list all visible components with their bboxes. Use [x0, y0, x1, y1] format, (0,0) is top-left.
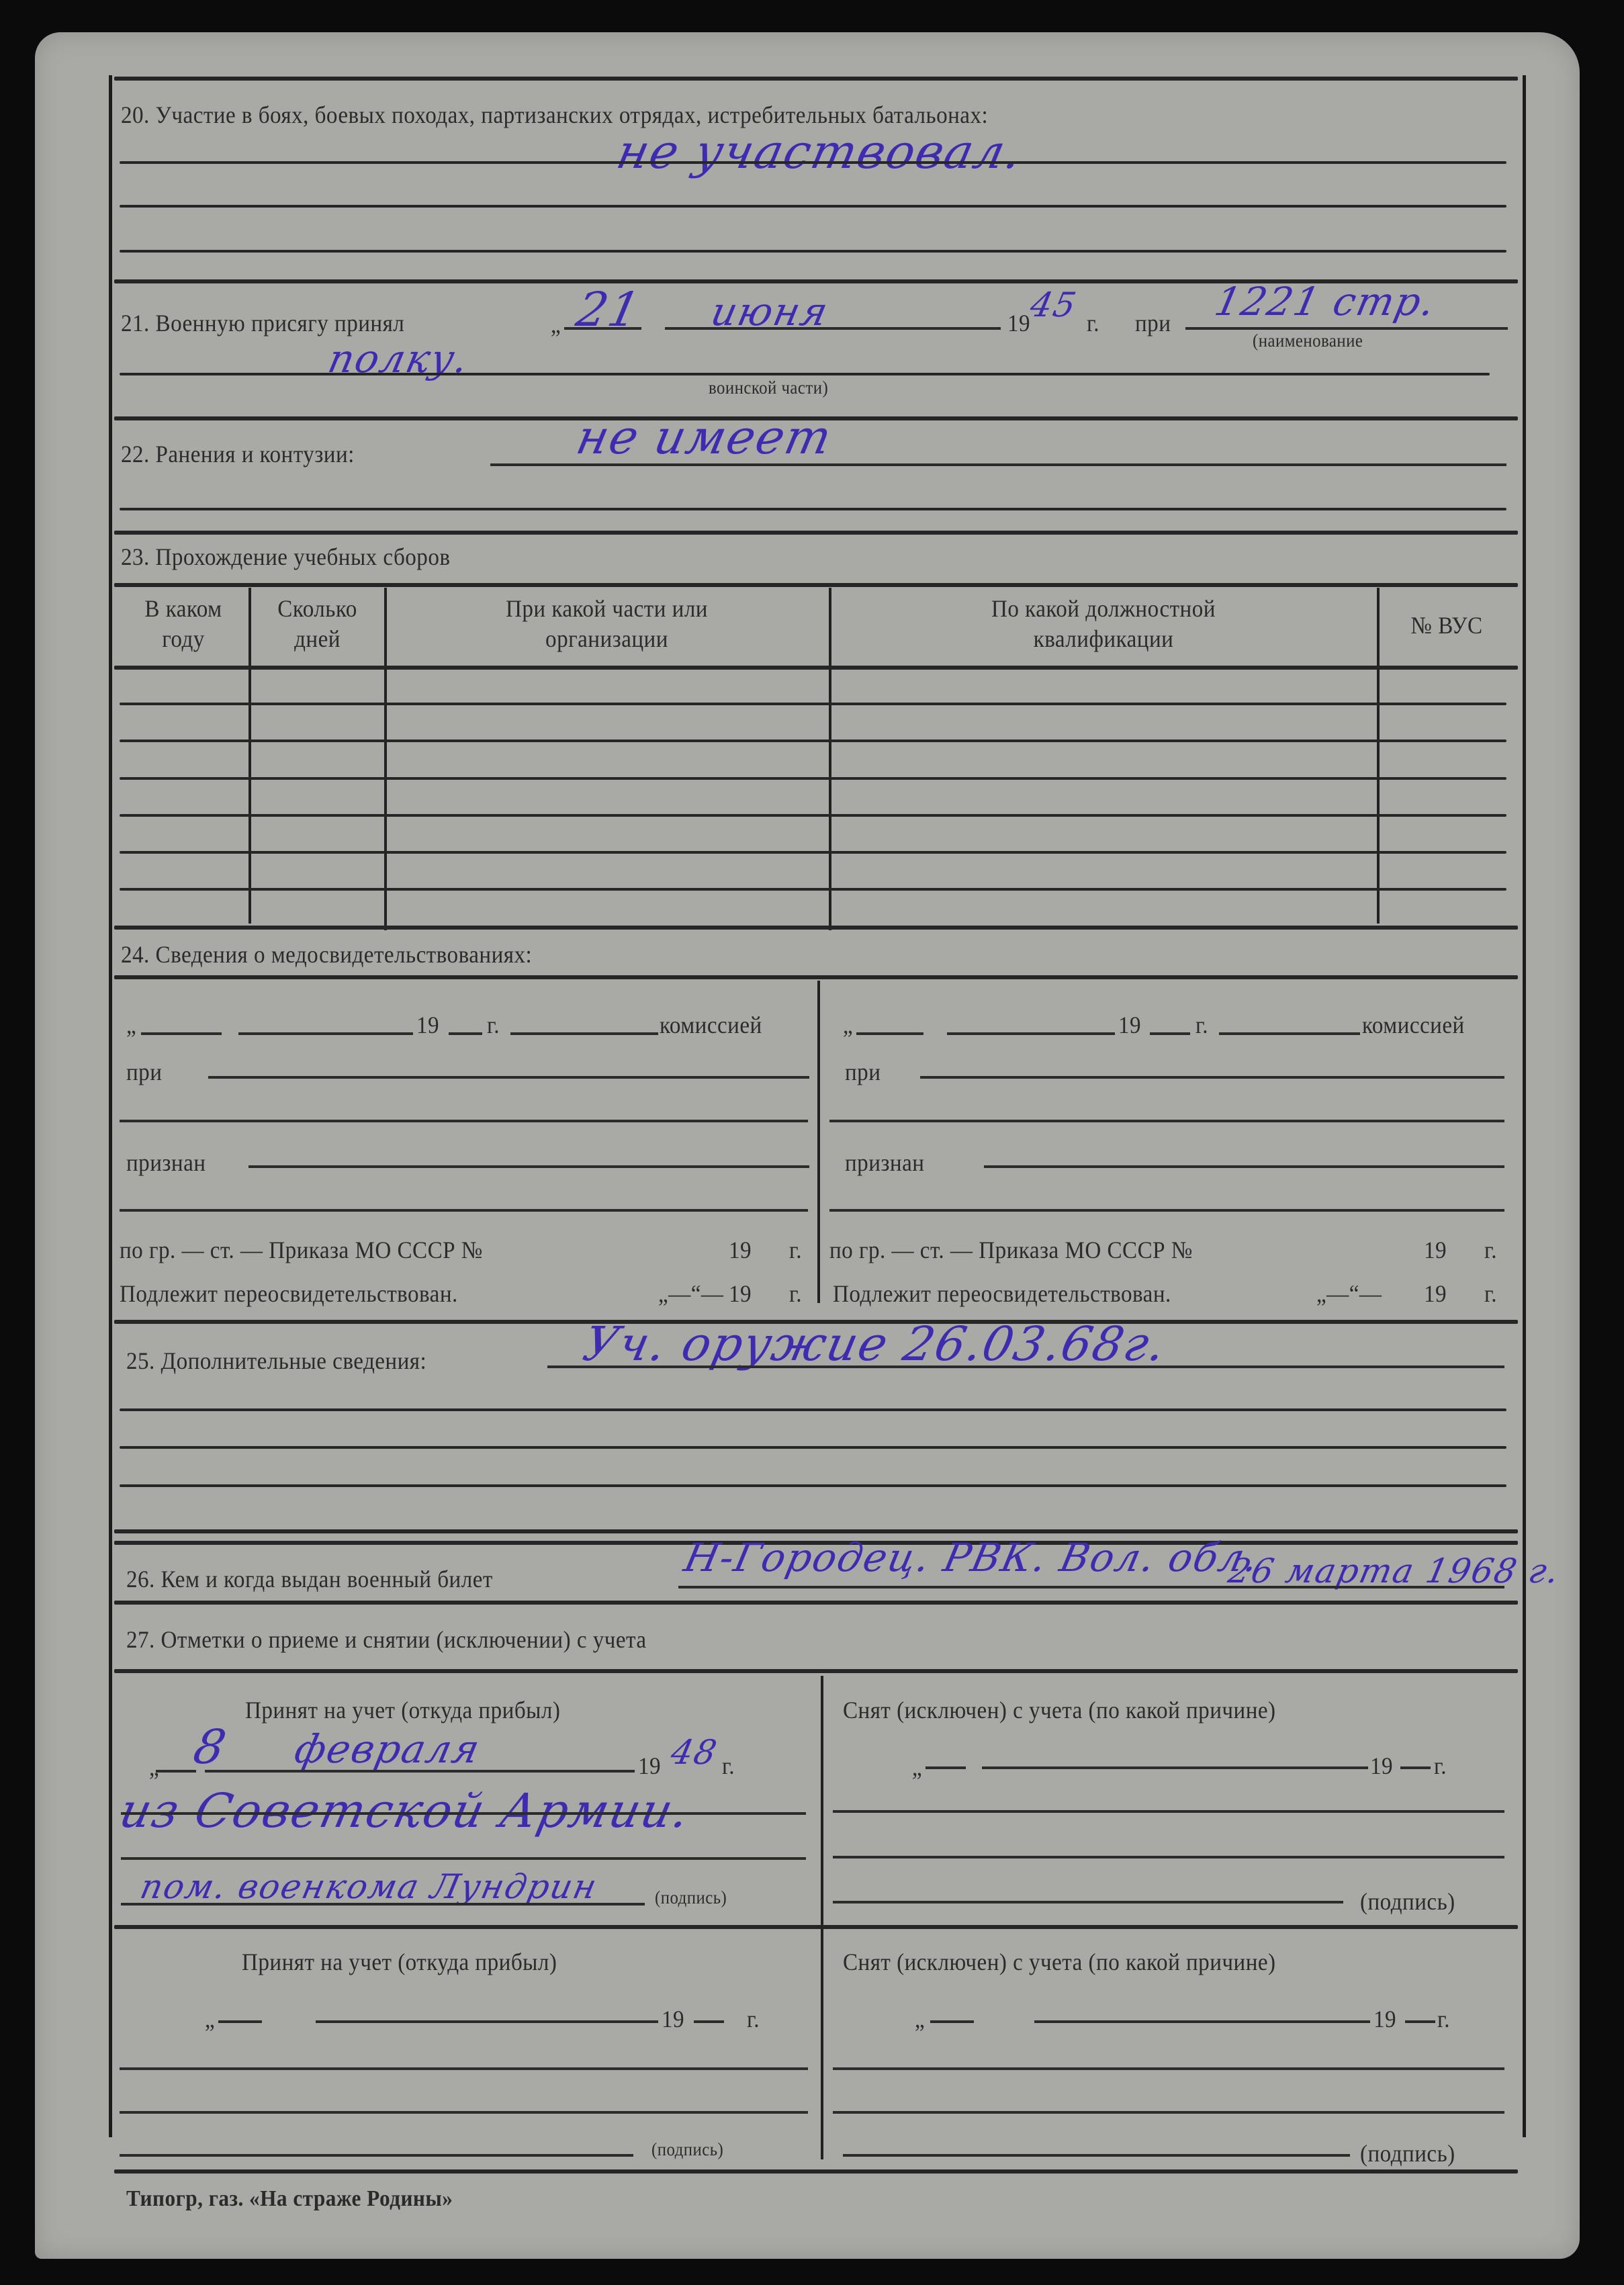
top-border	[114, 77, 1518, 81]
s27-header-bottom	[114, 1669, 1518, 1673]
s27-removed-1-day	[926, 1766, 966, 1769]
s27-accepted-title-2: Принят на учет (откуда прибыл)	[242, 1948, 557, 1976]
oath-at: при	[1135, 309, 1171, 337]
section-25-label: 25. Дополнительные сведения:	[126, 1347, 426, 1375]
s25-line-4	[120, 1484, 1506, 1487]
s27-removed-2-g: г.	[1437, 2005, 1450, 2033]
s27-accepted-1-sign-blank	[121, 1903, 645, 1906]
s24-left-recheck-year: 19	[729, 1280, 752, 1308]
oath-day-blank	[564, 327, 641, 330]
s24-right-month	[947, 1032, 1115, 1035]
oath-month-blank	[665, 327, 1001, 330]
s24-left-recognized: признан	[126, 1149, 206, 1177]
s23-row-line-4	[120, 814, 1506, 817]
s24-right-recognized-blank	[984, 1165, 1504, 1168]
s24-right-day	[856, 1032, 923, 1035]
s27-accepted-1-year-prefix: 19	[638, 1752, 661, 1780]
s23-row-line-1	[120, 703, 1506, 705]
s24-left-commission: комиссией	[660, 1011, 762, 1039]
s24-left-at-blank	[208, 1076, 809, 1079]
s27-removed-title-1: Снят (исключен) с учета (по какой причин…	[843, 1696, 1276, 1724]
printer-imprint: Типогр, газ. «На страже Родины»	[126, 2186, 453, 2212]
s23-row-line-3	[120, 777, 1506, 780]
s23-col-1-line1: В каком	[125, 594, 242, 623]
s27-accepted-title-1: Принят на учет (откуда прибыл)	[245, 1696, 560, 1724]
s27-removed-2-year-prefix: 19	[1373, 2005, 1396, 2033]
s23-col-1-line2: году	[125, 625, 242, 653]
s23-col-3-line1: При какой части или	[404, 594, 809, 623]
s23-header-bottom	[114, 666, 1518, 670]
s27-accepted-2-year-blank	[694, 2020, 724, 2023]
oath-hint-1: (наименование	[1253, 330, 1363, 351]
form-bottom-border	[114, 2169, 1518, 2174]
s24-left-line-2	[120, 1209, 808, 1212]
s24-right-order-year: 19	[1424, 1236, 1447, 1264]
s24-left-year-blank	[449, 1032, 482, 1035]
s27-removed-1-month	[982, 1766, 1368, 1769]
s27-accepted-1-day-blank	[156, 1770, 196, 1773]
s27-removed-2-line-1	[833, 2067, 1504, 2070]
s27-removed-1-line-1	[833, 1810, 1504, 1813]
s24-left-at: при	[126, 1058, 162, 1086]
s24-header-bottom	[114, 975, 1518, 979]
s24-right-at-blank	[920, 1076, 1504, 1079]
s25-line-3	[120, 1446, 1506, 1449]
section-22-value[interactable]: не имеет	[572, 410, 838, 465]
s24-right-year: 19	[1118, 1011, 1141, 1039]
s23-col-2-line2: дней	[257, 625, 377, 653]
s24-right-quote: „	[843, 1011, 853, 1039]
s23-col-divider-1	[249, 588, 251, 924]
s25-bottom-border	[114, 1529, 1518, 1533]
s24-right-order-g: г.	[1484, 1236, 1497, 1264]
section-25-value[interactable]: Уч. оружие 26.03.68г.	[578, 1316, 1171, 1372]
oath-unit-line1[interactable]: 1221 стр.	[1211, 279, 1441, 324]
s24-column-divider	[817, 981, 820, 1303]
s24-left-order-g: г.	[789, 1236, 802, 1264]
section-27-label: 27. Отметки о приеме и снятии (исключени…	[126, 1625, 647, 1654]
s24-left-commission-blank	[510, 1032, 658, 1035]
section-24-label: 24. Сведения о медосвидетельствованиях:	[121, 940, 532, 969]
s27-removed-1-g: г.	[1434, 1752, 1447, 1780]
s27-removed-title-2: Снят (исключен) с учета (по какой причин…	[843, 1948, 1276, 1976]
s24-right-recheck-year: 19	[1424, 1280, 1447, 1308]
s24-right-recheck: Подлежит переосвидетельствован.	[833, 1280, 1171, 1308]
s27-accepted-1-quote: „	[149, 1753, 159, 1781]
s27-accepted-2-month	[316, 2020, 658, 2023]
s23-col-2-line1: Сколько	[257, 594, 377, 623]
section-26-date[interactable]: 26 марта 1968 г.	[1225, 1552, 1564, 1590]
s24-right-recognized: признан	[845, 1149, 924, 1177]
s21-line-2	[120, 373, 1490, 375]
s23-col-divider-2	[384, 588, 387, 930]
s20-line-3	[120, 250, 1506, 253]
s27-removed-1-signature-label: (подпись)	[1360, 1887, 1455, 1916]
s22-line-2	[120, 508, 1506, 510]
quote-open: „	[551, 310, 561, 339]
s24-left-recheck: Подлежит переосвидетельствован.	[120, 1280, 458, 1308]
s27-removed-2-signature-label: (подпись)	[1360, 2139, 1455, 2167]
s24-left-recognized-blank	[249, 1165, 809, 1168]
s27-removed-1-year-prefix: 19	[1370, 1752, 1393, 1780]
s24-left-month	[238, 1032, 413, 1035]
s24-right-recheck-date: „—“—	[1316, 1280, 1382, 1308]
s27-accepted-2-g: г.	[747, 2005, 760, 2033]
s23-row-line-6	[120, 888, 1506, 891]
s27-accepted-2-line-2	[120, 2111, 808, 2114]
s27-removed-1-year-blank	[1400, 1766, 1431, 1769]
s24-left-year: 19	[416, 1011, 439, 1039]
s27-removed-2-month	[1034, 2020, 1370, 2023]
section-22-label: 22. Ранения и контузии:	[121, 440, 355, 468]
s23-col-4-line2: квалификации	[853, 625, 1353, 653]
s24-left-recheck-date: „—“—	[658, 1280, 723, 1308]
s22-bottom-border	[114, 531, 1518, 535]
s24-right-line-2	[829, 1209, 1504, 1212]
s27-accepted-1-signature-label: (подпись)	[655, 1887, 727, 1908]
s25-blank	[547, 1365, 1504, 1368]
s22-blank	[490, 463, 1506, 466]
s27-accepted-1-month[interactable]: февраля	[291, 1726, 485, 1772]
s27-removed-1-line-2	[833, 1856, 1504, 1858]
s26-bottom-border	[114, 1601, 1518, 1605]
oath-hint-2: воинской части)	[709, 377, 828, 398]
oath-unit-blank	[1185, 327, 1508, 330]
s23-row-line-2	[120, 740, 1506, 742]
s23-col-divider-3	[829, 588, 831, 930]
s23-header-top	[114, 583, 1518, 587]
s27-removed-2-sign-blank	[843, 2154, 1350, 2157]
section-26-label: 26. Кем и когда выдан военный билет	[126, 1565, 493, 1593]
s24-right-year-blank	[1150, 1032, 1190, 1035]
s27-accepted-1-from[interactable]: из Советской Армии.	[115, 1783, 695, 1838]
section-21-label: 21. Военную присягу принял	[121, 309, 404, 337]
s27-accepted-2-sign-blank	[120, 2154, 633, 2157]
s27-accepted-1-year[interactable]: 48	[668, 1733, 721, 1772]
s23-col-5: № ВУС	[1385, 611, 1508, 639]
s24-right-at: при	[845, 1058, 881, 1086]
s24-left-day	[141, 1032, 222, 1035]
oath-year-suffix[interactable]: 45	[1027, 285, 1081, 324]
s27-accepted-2-signature-label: (подпись)	[651, 2139, 723, 2160]
s20-line-2	[120, 205, 1506, 208]
s20-line-1	[120, 161, 1506, 164]
s27-accepted-1-line-2	[121, 1857, 806, 1860]
s27-accepted-1-line-1	[121, 1812, 806, 1815]
s24-right-commission-blank	[1219, 1032, 1360, 1035]
s24-left-g: г.	[487, 1011, 500, 1039]
section-23-label: 23. Прохождение учебных сборов	[121, 543, 450, 571]
s24-left-line	[120, 1120, 808, 1122]
s24-right-line	[829, 1120, 1504, 1122]
section-26-issuer[interactable]: Н-Городец. РВК. Вол. обл.	[680, 1535, 1264, 1580]
s24-left-order: по гр. — ст. — Приказа МО СССР №	[120, 1236, 483, 1264]
s27-removed-1-quote: „	[912, 1753, 922, 1781]
s27-removed-2-year-blank	[1405, 2020, 1435, 2023]
s24-right-recheck-g: г.	[1484, 1280, 1497, 1308]
s24-left-order-year: 19	[729, 1236, 752, 1264]
s23-col-3-line2: организации	[404, 625, 809, 653]
section-20-value[interactable]: не участвовал.	[612, 124, 1028, 179]
s24-right-order: по гр. — ст. — Приказа МО СССР №	[829, 1236, 1193, 1264]
s27-accepted-1-g: г.	[722, 1752, 735, 1780]
s27-column-divider	[821, 1676, 823, 2159]
s23-col-divider-4	[1377, 588, 1380, 924]
s27-accepted-2-quote: „	[205, 2005, 215, 2033]
s27-accepted-2-year-prefix: 19	[662, 2005, 684, 2033]
s27-accepted-2-line-1	[120, 2067, 808, 2070]
s27-accepted-2-day	[218, 2020, 262, 2023]
s24-right-g: г.	[1196, 1011, 1208, 1039]
s23-row-line-5	[120, 851, 1506, 854]
s23-bottom-border	[114, 926, 1518, 930]
s23-col-4-line1: По какой должностной	[853, 594, 1353, 623]
oath-year-unit: г.	[1087, 309, 1099, 337]
s26-blank	[678, 1586, 1504, 1588]
s27-accepted-1-signer[interactable]: пом. военкома Лундрин	[137, 1867, 601, 1906]
s27-removed-2-quote: „	[915, 2005, 925, 2033]
s27-accepted-1-month-blank	[205, 1770, 635, 1773]
s24-left-quote: „	[126, 1011, 136, 1039]
s27-block-separator	[114, 1925, 1518, 1929]
s27-removed-2-day	[930, 2020, 974, 2023]
s24-left-recheck-g: г.	[789, 1280, 802, 1308]
s27-removed-1-sign-blank	[833, 1901, 1343, 1903]
s25-line-2	[120, 1408, 1506, 1411]
s27-removed-2-line-2	[833, 2111, 1504, 2114]
s24-right-commission: комиссией	[1362, 1011, 1465, 1039]
